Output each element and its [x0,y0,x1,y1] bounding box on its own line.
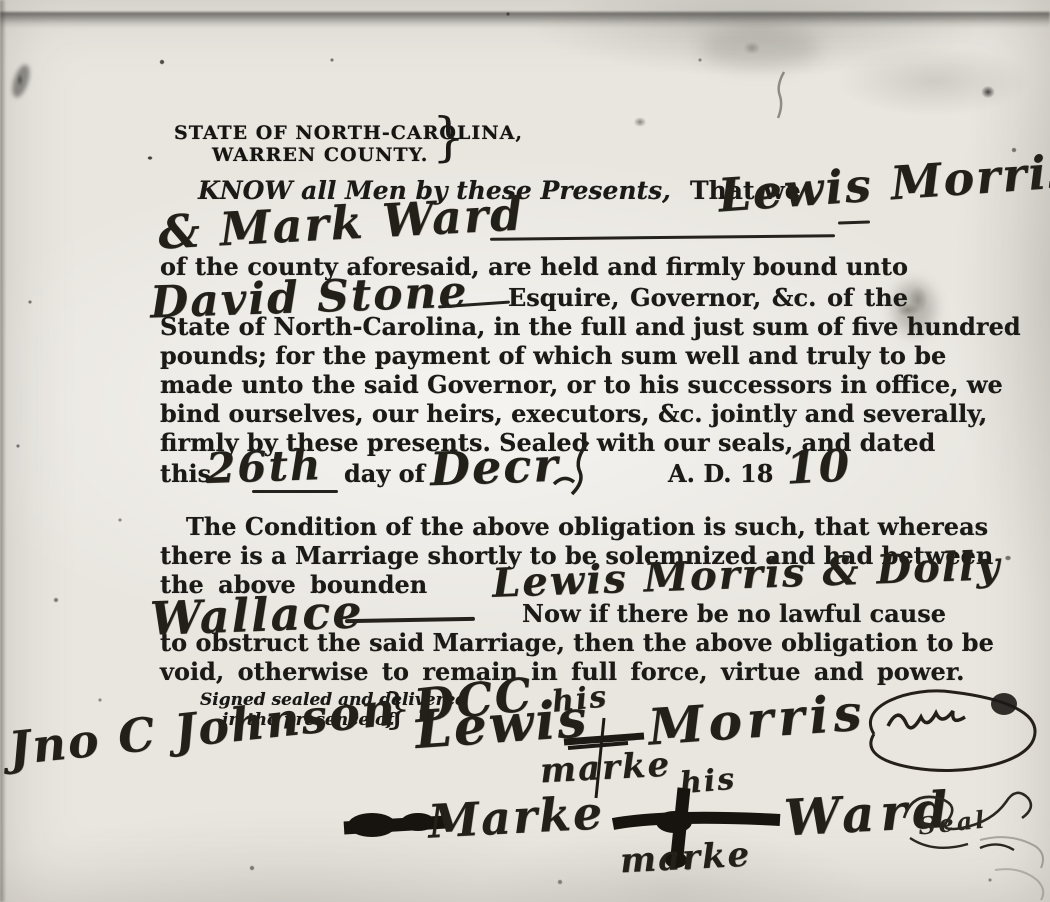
bond-line-sum3: made unto the said Governor, or to his s… [160,371,908,399]
blank-line-rule [490,234,835,240]
scan-left-edge-shadow [0,0,6,902]
condition-line4-print: Now if there be no lawful cause [522,600,912,628]
signature2-mark-word: marke [619,835,752,882]
header-county-line: WARREN COUNTY. [212,144,428,166]
stray-pen-mark [762,70,802,120]
ink-smudge [9,63,33,100]
bond-line-sum2: pounds; for the payment of which sum wel… [160,342,908,370]
date-mid: day of [344,460,434,488]
signature2-first-name: Marke [427,785,606,848]
day-underline [252,490,338,493]
scan-top-edge-shadow [0,12,1050,28]
condition-line1: The Condition of the above obligation is… [186,513,908,541]
signature1-seal-flourish [852,682,1048,780]
dash-after-bride [345,617,475,623]
short-dash [838,220,870,224]
bond-line-sum1: State of North-Carolina, in the full and… [160,313,908,341]
signature1-last-name: Morris [646,682,868,756]
bond-line-esquire: Esquire, Governor, &c. of the [508,284,908,312]
handwritten-year: 10 [785,440,853,494]
handwritten-month: Decr [429,438,560,496]
handwritten-principal-name: Lewis Morris [717,144,1050,223]
date-ad: A. D. 18 [668,460,798,488]
handwritten-day: 26th [205,440,323,493]
bond-line-sum4: bind ourselves, our heirs, executors, &c… [160,400,908,428]
header-brace: } [432,108,465,168]
condition-line5: to obstruct the said Marriage, then the … [160,629,908,657]
paper-stain [700,28,820,68]
scanned-marriage-bond-document: STATE OF NORTH-CAROLINA, WARREN COUNTY. … [0,0,1050,902]
header-state-line: STATE OF NORTH-CAROLINA, [174,122,523,144]
month-flourish [548,438,598,498]
